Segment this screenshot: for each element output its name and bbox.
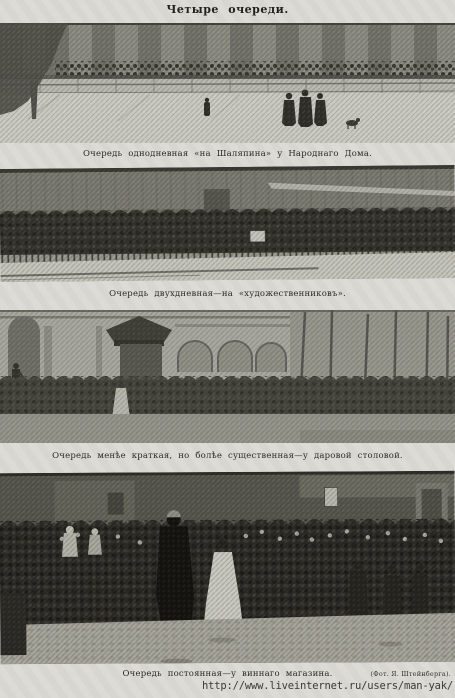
photo-credit: (Фот. Я. Штейнберга). [371, 670, 451, 678]
scan-page: Четыре очереди. [0, 0, 455, 698]
photo-queue-soup-kitchen-image [0, 310, 455, 443]
photo-queue-shalyapin [0, 23, 455, 143]
page-title: Четыре очереди. [0, 3, 455, 16]
photo-caption-2: Очередь двухдневная—на «художественников… [0, 289, 455, 299]
photo-queue-two-day [0, 165, 455, 282]
photo-queue-wine-shop [0, 471, 455, 664]
photo-queue-shalyapin-image [0, 23, 455, 143]
photo-queue-wine-shop-image [0, 471, 455, 664]
photo-caption-1: Очередь однодневная «на Шаляпина» у Наро… [0, 149, 455, 159]
photo-caption-3: Очередь менѣе краткая, но болѣе существе… [0, 451, 455, 461]
watermark-url: http://www.liveinternet.ru/users/man-yak… [0, 680, 453, 692]
photo-queue-soup-kitchen [0, 310, 455, 443]
photo-queue-two-day-image [0, 165, 455, 282]
